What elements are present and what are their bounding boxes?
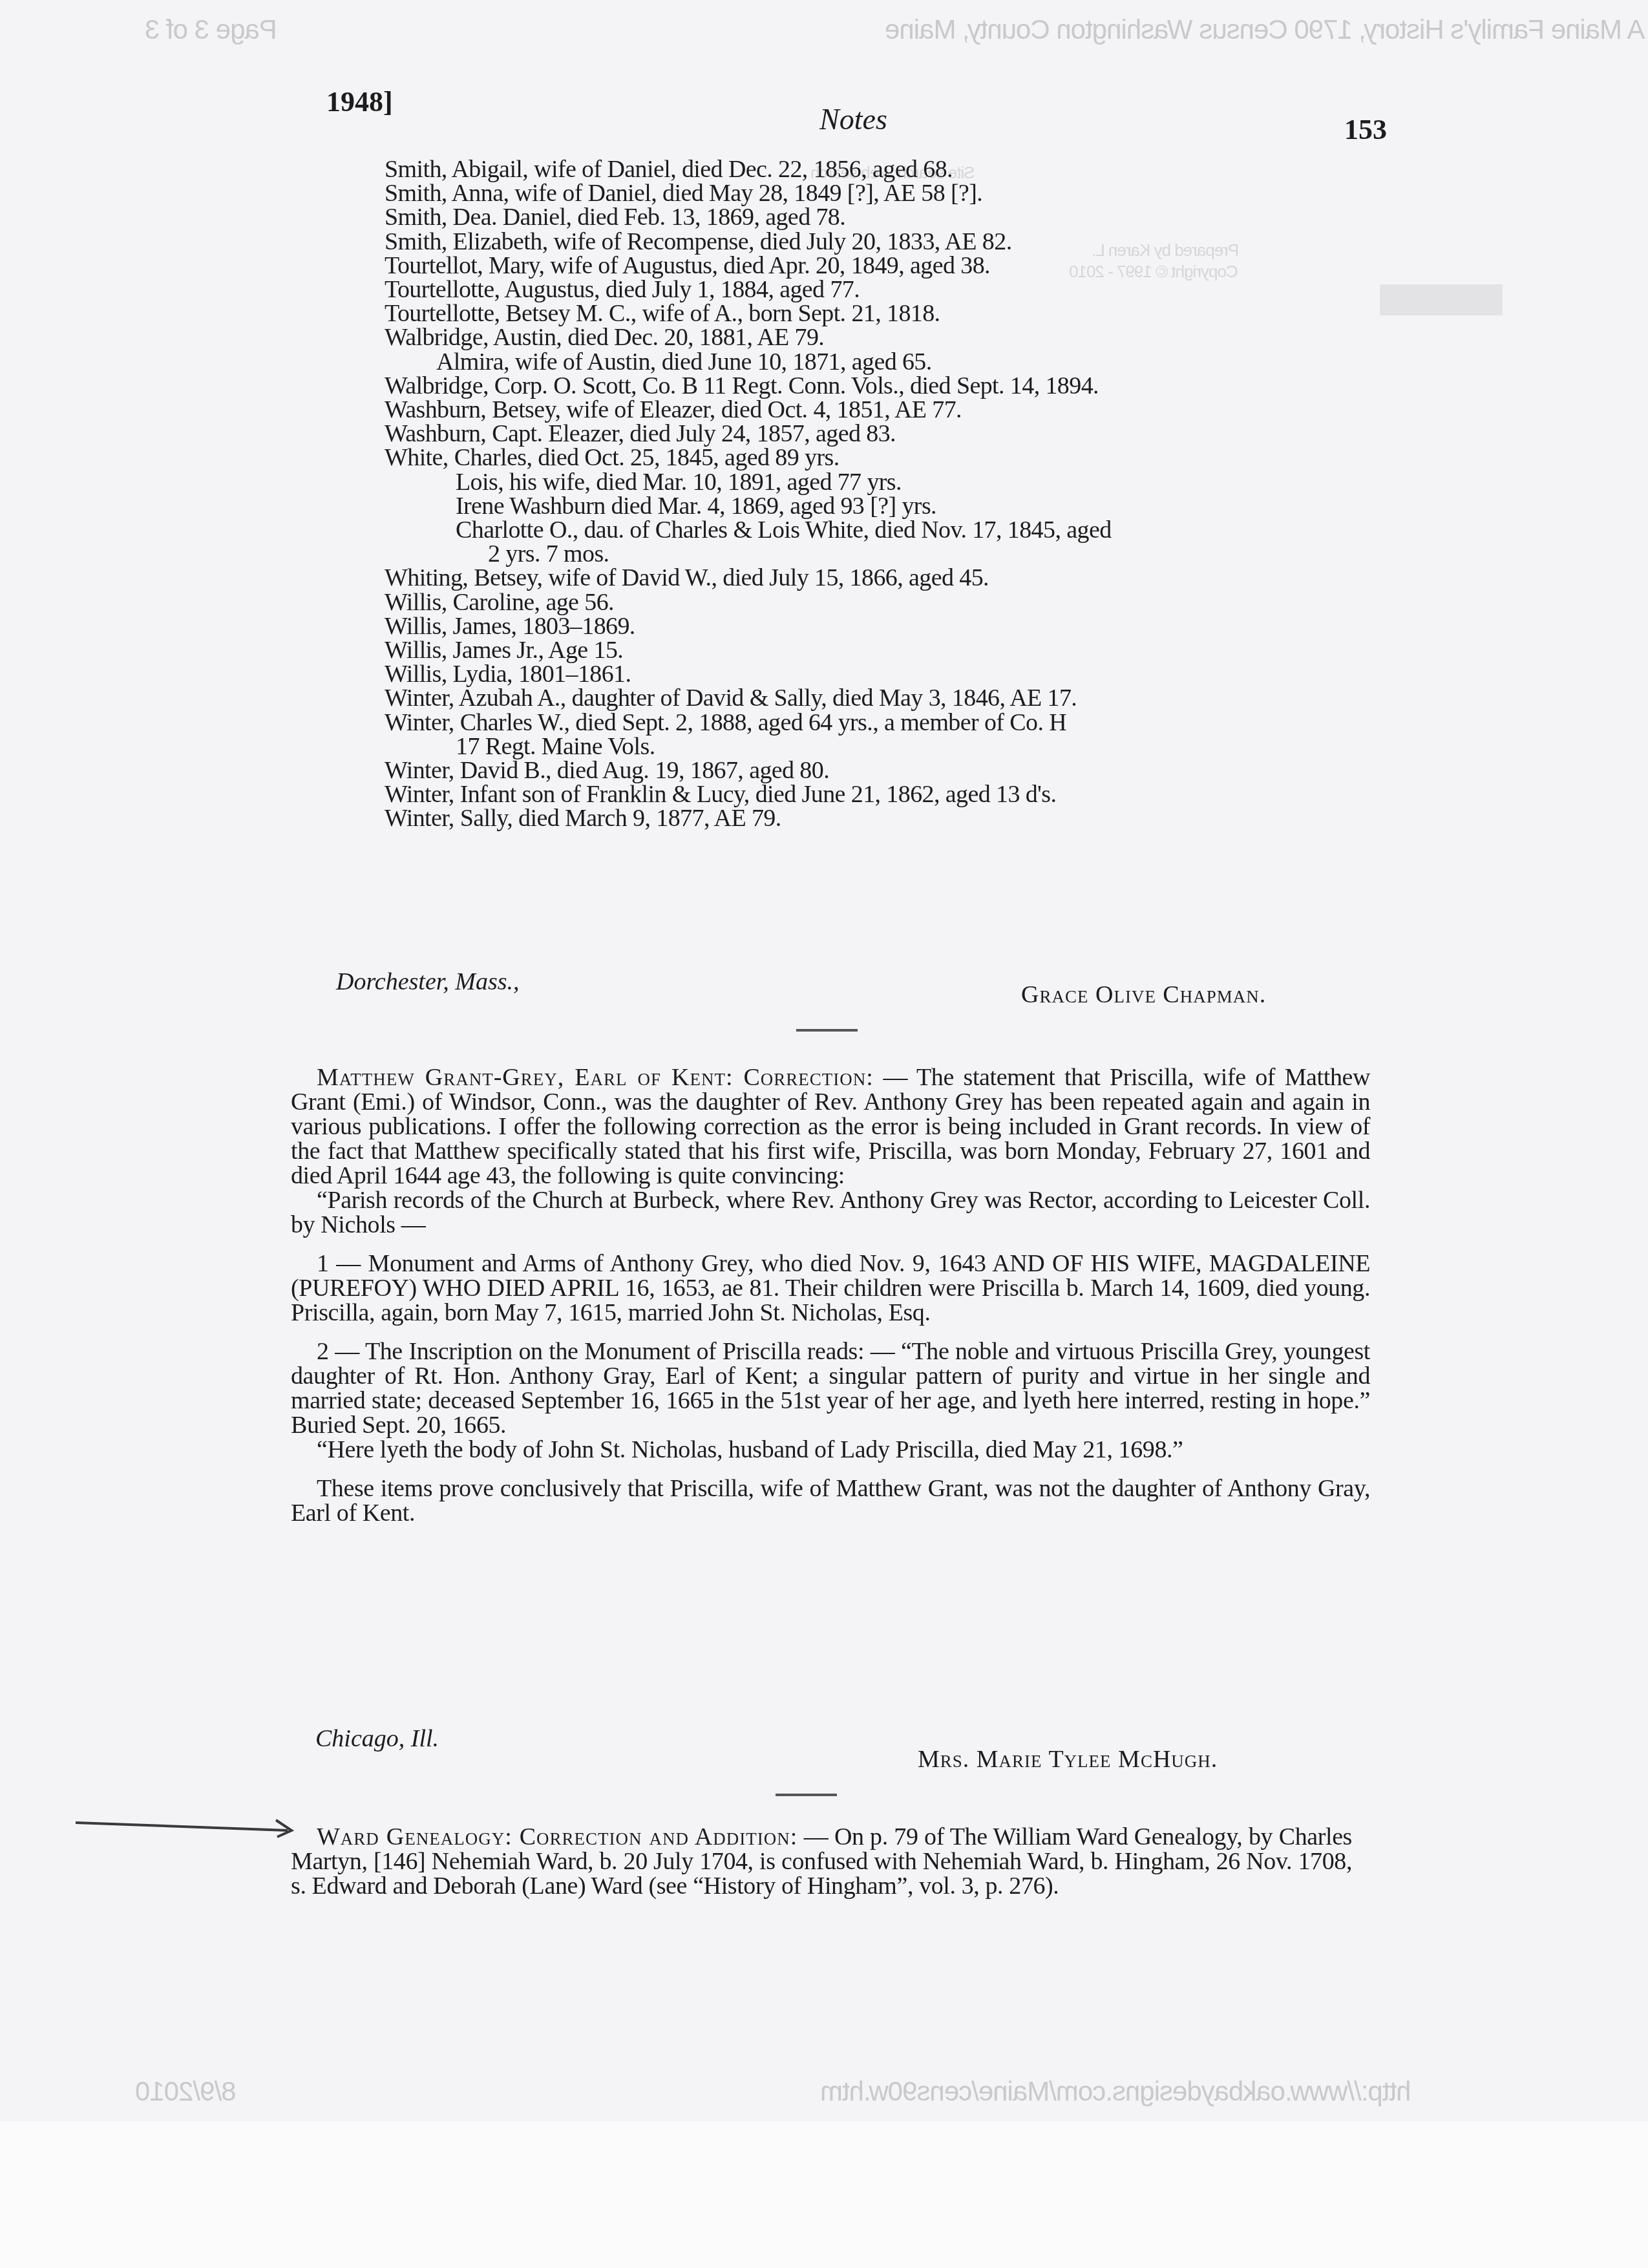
hand-drawn-arrow-icon xyxy=(74,1816,294,1842)
ward-note: Ward Genealogy: Correction and Addition:… xyxy=(291,1825,1352,1898)
signature-author: Mrs. Marie Tylee McHugh. xyxy=(918,1745,1218,1774)
note-paragraph: Matthew Grant-Grey, Earl of Kent: Correc… xyxy=(291,1065,1370,1188)
signature-place: Chicago, Ill. xyxy=(315,1724,439,1753)
note-paragraph: These items prove conclusively that Pris… xyxy=(291,1476,1370,1525)
list-item: Whiting, Betsey, wife of David W., died … xyxy=(385,566,1406,590)
list-item: Washburn, Capt. Eleazer, died July 24, 1… xyxy=(385,422,1406,446)
list-item: Walbridge, Austin, died Dec. 20, 1881, A… xyxy=(385,326,1406,350)
list-item: Almira, wife of Austin, died June 10, 18… xyxy=(385,350,1406,374)
note-paragraph: 1 — Monument and Arms of Anthony Grey, w… xyxy=(291,1251,1370,1325)
list-item: White, Charles, died Oct. 25, 1845, aged… xyxy=(385,446,1406,470)
list-item: Willis, Lydia, 1801–1861. xyxy=(385,662,1406,686)
list-item: Lois, his wife, died Mar. 10, 1891, aged… xyxy=(385,471,1406,494)
bleed-through-page-label: Page 3 of 3 xyxy=(145,14,277,45)
section-divider xyxy=(796,1029,858,1032)
list-item: Willis, James, 1803–1869. xyxy=(385,615,1406,639)
grant-grey-note: Matthew Grant-Grey, Earl of Kent: Correc… xyxy=(291,1065,1370,1525)
list-item: Winter, Infant son of Franklin & Lucy, d… xyxy=(385,783,1406,807)
list-item: Walbridge, Corp. O. Scott, Co. B 11 Regt… xyxy=(385,374,1406,398)
list-item: Willis, James Jr., Age 15. xyxy=(385,639,1406,662)
note-paragraph: “Parish records of the Church at Burbeck… xyxy=(291,1188,1370,1237)
running-head-section: Notes xyxy=(819,102,887,136)
list-item: 2 yrs. 7 mos. xyxy=(385,542,1406,566)
bleed-through-footer-url: http://www.oakbaydesigns.com/Maine/cens9… xyxy=(821,2076,1411,2107)
list-item: Smith, Dea. Daniel, died Feb. 13, 1869, … xyxy=(385,206,1406,229)
note-heading: Ward Genealogy: Correction and Addition: xyxy=(317,1823,798,1850)
bleed-through-title: A Maine Family's History, 1790 Census Wa… xyxy=(885,14,1645,45)
note-paragraph: 2 — The Inscription on the Monument of P… xyxy=(291,1339,1370,1437)
list-item: Tourtellot, Mary, wife of Augustus, died… xyxy=(385,254,1406,278)
bleed-through-footer-date: 8/9/2010 xyxy=(136,2076,237,2107)
list-item: Winter, Sally, died March 9, 1877, AE 79… xyxy=(385,807,1406,831)
list-item: Washburn, Betsey, wife of Eleazer, died … xyxy=(385,398,1406,422)
list-item: Irene Washburn died Mar. 4, 1869, aged 9… xyxy=(385,494,1406,518)
scanner-bed-margin xyxy=(0,2121,1648,2268)
running-head-year: 1948] xyxy=(326,85,393,118)
list-item: 17 Regt. Maine Vols. xyxy=(385,735,1406,759)
signature-place: Dorchester, Mass., xyxy=(336,968,520,996)
list-item: Winter, Azubah A., daughter of David & S… xyxy=(385,686,1406,710)
list-item: Tourtellotte, Augustus, died July 1, 188… xyxy=(385,278,1406,302)
list-item: Smith, Anna, wife of Daniel, died May 28… xyxy=(385,182,1406,206)
page-number: 153 xyxy=(1344,113,1387,146)
list-item: Willis, Caroline, age 56. xyxy=(385,591,1406,615)
note-heading: Matthew Grant-Grey, Earl of Kent: Correc… xyxy=(317,1064,874,1091)
list-item: Winter, Charles W., died Sept. 2, 1888, … xyxy=(385,711,1406,735)
note-paragraph: “Here lyeth the body of John St. Nichola… xyxy=(291,1437,1370,1462)
signature-author: Grace Olive Chapman. xyxy=(1021,980,1266,1009)
list-item: Winter, David B., died Aug. 19, 1867, ag… xyxy=(385,759,1406,783)
list-item: Tourtellotte, Betsey M. C., wife of A., … xyxy=(385,302,1406,326)
note-paragraph: Ward Genealogy: Correction and Addition:… xyxy=(291,1825,1352,1898)
cemetery-record-list: Smith, Abigail, wife of Daniel, died Dec… xyxy=(385,158,1406,831)
list-item: Smith, Abigail, wife of Daniel, died Dec… xyxy=(385,158,1406,182)
section-divider xyxy=(776,1794,837,1796)
list-item: Smith, Elizabeth, wife of Recompense, di… xyxy=(385,230,1406,254)
list-item: Charlotte O., dau. of Charles & Lois Whi… xyxy=(385,518,1406,542)
